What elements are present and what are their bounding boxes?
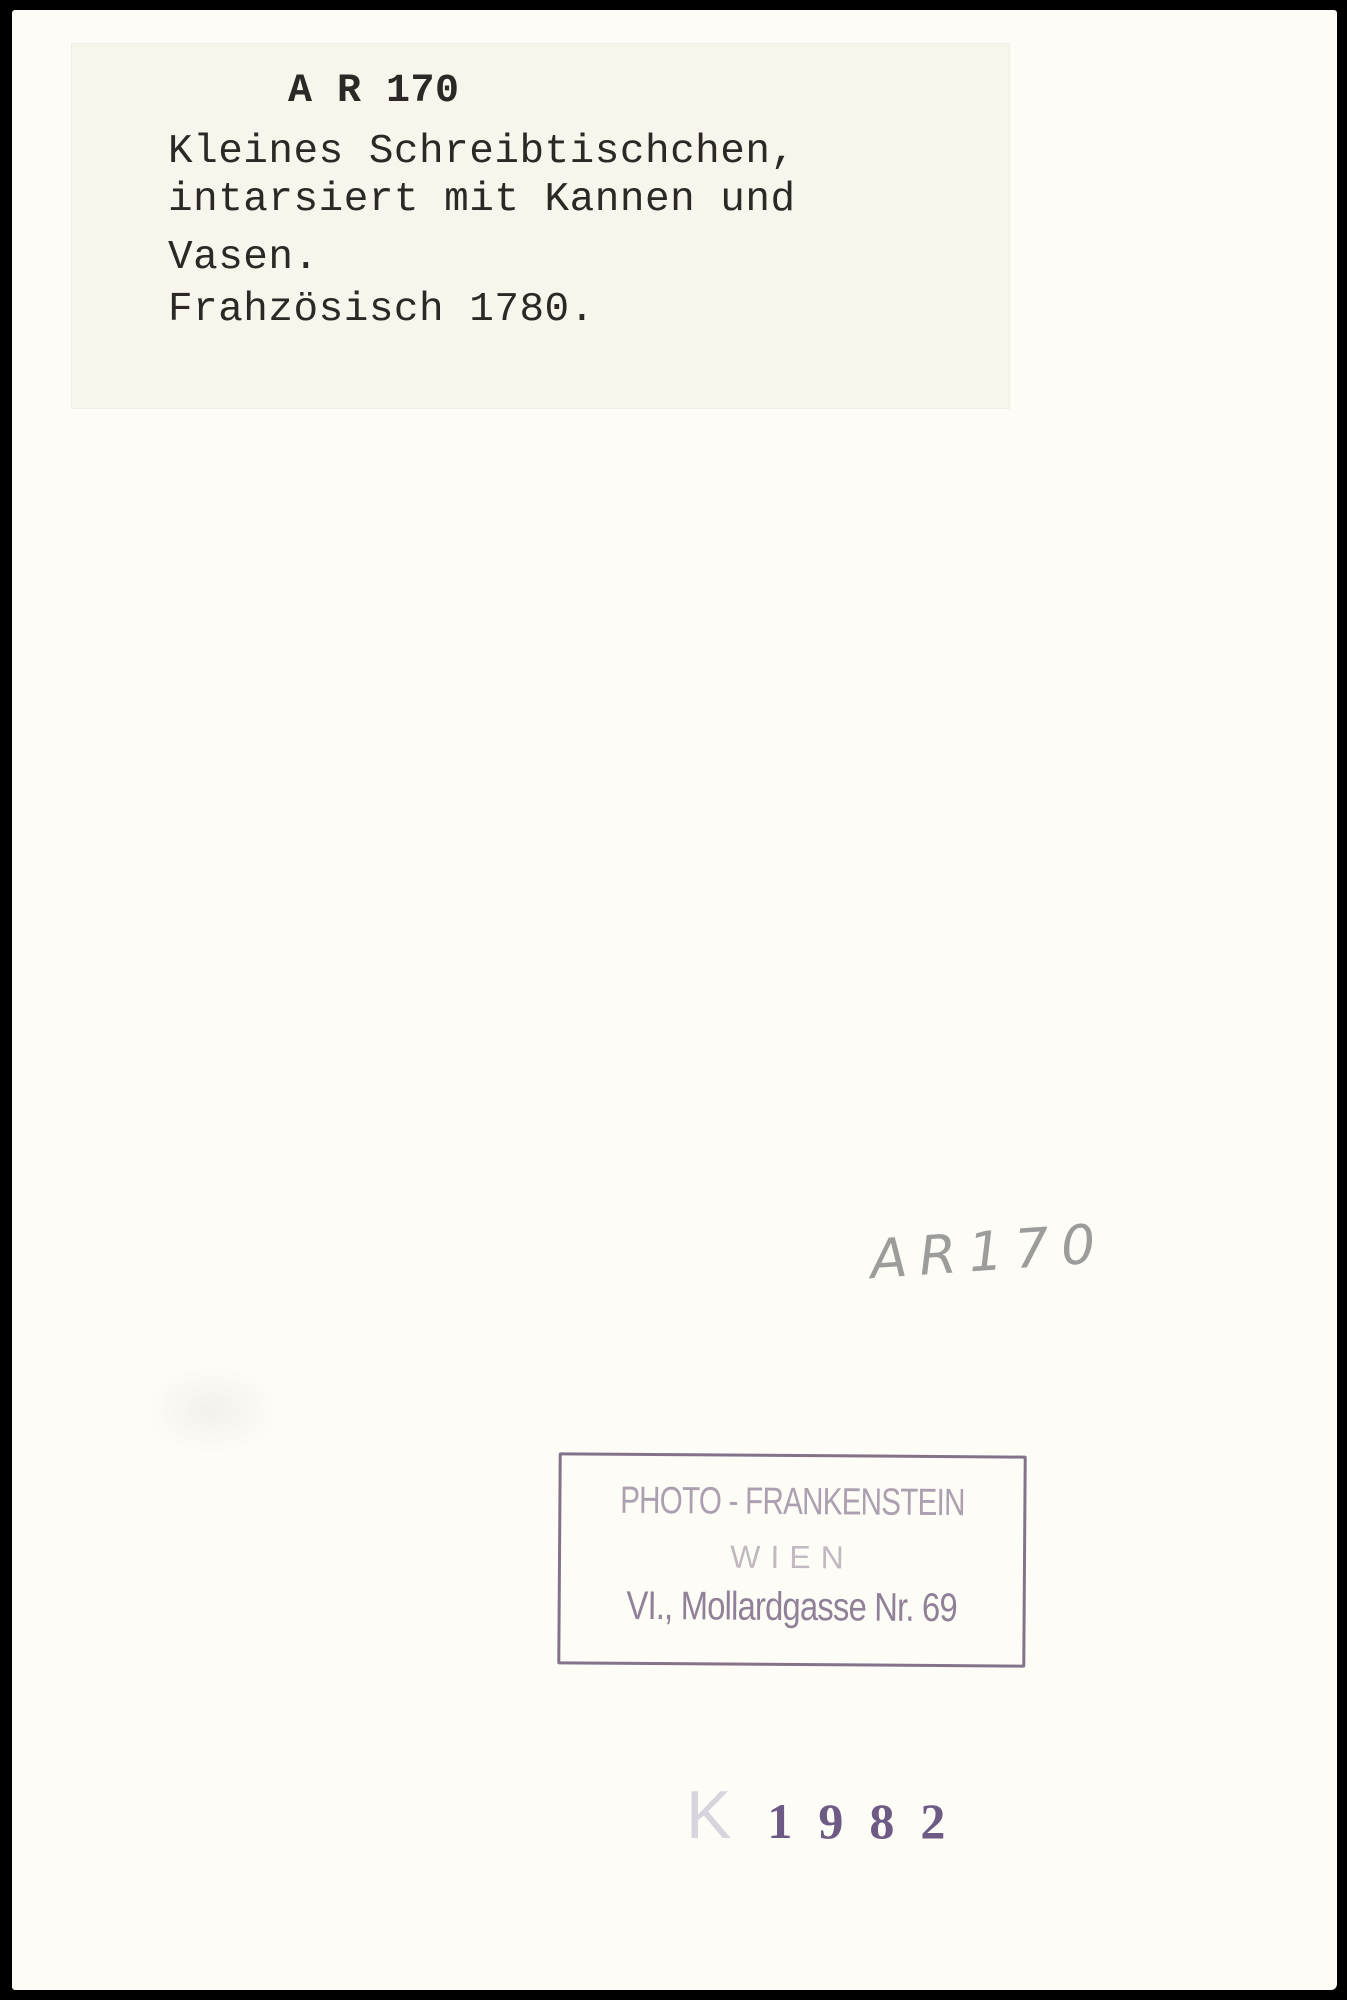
photographer-stamp: PHOTO - FRANKENSTEIN WIEN VI., Mollardga… bbox=[557, 1452, 1026, 1667]
typed-label-slip bbox=[72, 44, 1009, 408]
catalog-code: A R 170 bbox=[288, 72, 460, 112]
stamp-studio-name: PHOTO - FRANKENSTEIN bbox=[612, 1480, 973, 1526]
inventory-digits: 1982 bbox=[767, 1793, 971, 1849]
inventory-prefix: K bbox=[686, 1777, 731, 1853]
description-line-2: intarsiert mit Kannen und bbox=[168, 180, 796, 221]
stamp-address: VI., Mollardgasse Nr. 69 bbox=[602, 1584, 981, 1632]
inventory-number: K1982 bbox=[670, 1758, 971, 1872]
handwritten-catalog-code: AR170 bbox=[868, 1212, 1109, 1291]
description-line-4: Frahzösisch 1780. bbox=[168, 290, 595, 331]
stamp-city: WIEN bbox=[561, 1537, 1023, 1577]
stain-mark bbox=[142, 1365, 282, 1455]
description-line-3: Vasen. bbox=[168, 238, 319, 279]
photo-card-back: A R 170 Kleines Schreibtischchen, intars… bbox=[12, 10, 1337, 1990]
description-line-1: Kleines Schreibtischchen, bbox=[168, 132, 796, 173]
